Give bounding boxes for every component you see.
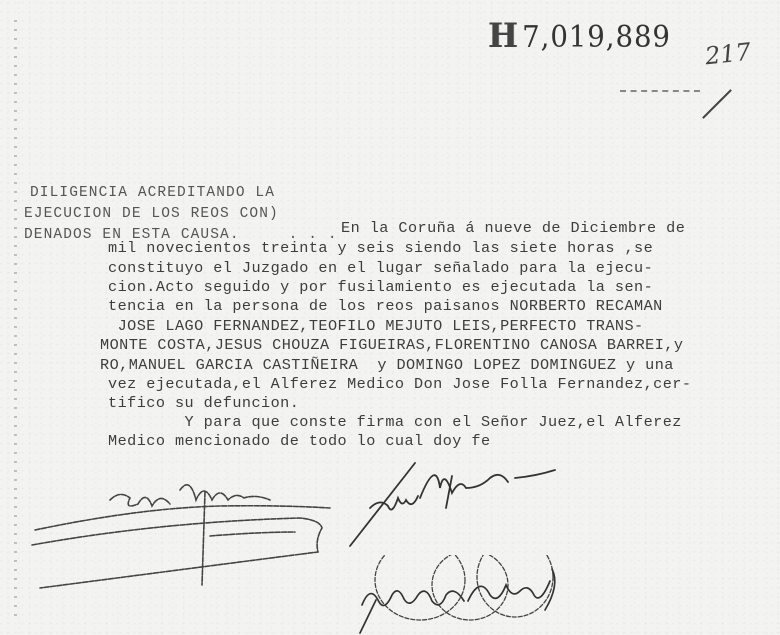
body-line: Medico mencionado de todo lo cual doy fe	[108, 432, 491, 450]
folio-dash	[620, 90, 700, 92]
margin-caption-line: DILIGENCIA ACREDITANDO LA	[30, 184, 275, 202]
body-line: mil novecientos treinta y seis siendo la…	[108, 239, 653, 257]
body-line: tifico su defuncion.	[108, 394, 299, 412]
punch-margin	[14, 20, 17, 620]
body-line: tencia en la persona de los reos paisano…	[108, 297, 663, 315]
document-page: H7,019,889 217 DILIGENCIA ACREDITANDO LA…	[0, 0, 780, 635]
body-line: MONTE COSTA,JESUS CHOUZA FIGUEIRAS,FLORE…	[100, 336, 683, 354]
body-line: En la Coruña á nueve de Diciembre de	[341, 219, 685, 237]
folio-slash	[702, 89, 732, 119]
body-line: cion.Acto seguido y por fusilamiento es …	[108, 278, 653, 296]
archive-stamp: H7,019,889	[488, 16, 671, 56]
judge-signature	[20, 470, 340, 590]
body-line: Y para que conste firma con el Señor Jue…	[108, 413, 682, 431]
stamp-number: 7,019,889	[522, 20, 671, 55]
medic-signature	[340, 458, 580, 548]
margin-caption-line: EJECUCION DE LOS REOS CON)	[24, 205, 279, 223]
secretary-signature	[340, 555, 580, 635]
body-line: RO,MANUEL GARCIA CASTIÑEIRA y DOMINGO LO…	[100, 356, 674, 374]
body-line: constituyo el Juzgado en el lugar señala…	[108, 259, 653, 277]
body-line: JOSE LAGO FERNANDEZ,TEOFILO MEJUTO LEIS,…	[108, 317, 644, 335]
body-line: vez ejecutada,el Alferez Medico Don Jose…	[108, 375, 691, 393]
stamp-prefix: H	[488, 16, 518, 56]
folio-number: 217	[704, 38, 752, 71]
